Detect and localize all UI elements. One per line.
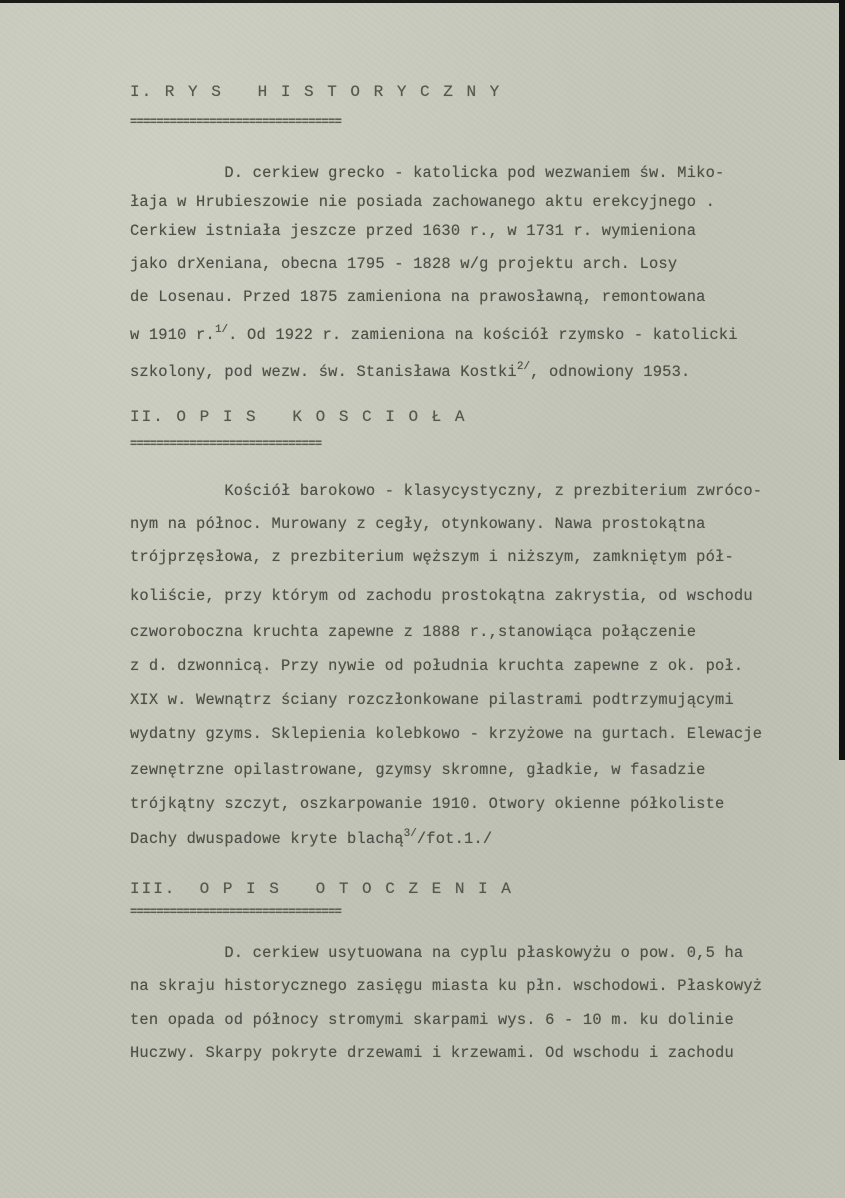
section-3-heading: III. O P I S O T O C Z E N I A — [130, 880, 513, 898]
section-2-line-2: nym na północ. Murowany z cegły, otynkow… — [130, 515, 706, 533]
section-1-line-4: jako drXeniana, obecna 1795 - 1828 w/g p… — [130, 255, 677, 273]
section-1-heading: I. R Y S H I S T O R Y C Z N Y — [130, 83, 501, 101]
footnote-ref-2: 2/ — [517, 361, 530, 373]
section-3-line-3: ten opada od północy stromymi skarpami w… — [130, 1011, 734, 1029]
section-1-line-7: szkolony, pod wezw. św. Stanisława Kostk… — [130, 361, 691, 381]
section-2-line-5: czworoboczna kruchta zapewne z 1888 r.,s… — [130, 623, 696, 641]
line-text: w 1910 r. — [130, 326, 215, 344]
section-2-line-10: trójkątny szczyt, oszkarpowanie 1910. Ot… — [130, 795, 724, 813]
section-3-line-4: Huczwy. Skarpy pokryte drzewami i krzewa… — [130, 1044, 734, 1062]
section-1-line-5: de Losenau. Przed 1875 zamieniona na pra… — [130, 288, 706, 306]
line-text: . Od 1922 r. zamieniona na kościół rzyms… — [228, 326, 738, 344]
footnote-ref-3: 3/ — [404, 828, 417, 840]
section-1-line-3: Cerkiew istniała jeszcze przed 1630 r., … — [130, 222, 696, 240]
section-1-line-1: D. cerkiew grecko - katolicka pod wezwan… — [130, 164, 724, 182]
section-2-line-6: z d. dzwonnicą. Przy nywie od południa k… — [130, 657, 743, 675]
scan-edge-top — [0, 0, 845, 3]
footnote-ref-1: 1/ — [215, 324, 228, 336]
section-2-line-7: XIX w. Wewnątrz ściany rozczłonkowane pi… — [130, 691, 734, 709]
section-2-line-11: Dachy dwuspadowe kryte blachą3//fot.1./ — [130, 828, 492, 848]
section-2-line-8: wydatny gzyms. Sklepienia kolebkowo - kr… — [130, 725, 762, 743]
section-2-line-1: Kościół barokowo - klasycystyczny, z pre… — [130, 482, 762, 500]
line-text: szkolony, pod wezw. św. Stanisława Kostk… — [130, 363, 517, 381]
scan-edge-right — [839, 0, 845, 760]
section-3-line-1: D. cerkiew usytuowana na cyplu płaskowyż… — [130, 944, 743, 962]
section-2-underline: ============================= — [130, 437, 321, 451]
section-2-line-4: koliście, przy którym od zachodu prostok… — [130, 587, 753, 605]
section-3-underline: ================================ — [130, 905, 341, 919]
line-text: /fot.1./ — [417, 830, 493, 848]
paper-edge-right — [839, 760, 845, 1198]
section-1-line-2: łaja w Hrubieszowie nie posiada zachowan… — [130, 193, 715, 211]
typewritten-page: I. R Y S H I S T O R Y C Z N Y =========… — [0, 3, 839, 1198]
line-text: Dachy dwuspadowe kryte blachą — [130, 830, 404, 848]
section-3-line-2: na skraju historycznego zasięgu miasta k… — [130, 977, 762, 995]
section-1-line-6: w 1910 r.1/. Od 1922 r. zamieniona na ko… — [130, 324, 738, 344]
section-2-line-9: zewnętrzne opilastrowane, gzymsy skromne… — [130, 761, 706, 779]
section-2-heading: II. O P I S K O S C I O Ł A — [130, 408, 466, 426]
section-2-line-3: trójprzęsłowa, z prezbiterium węższym i … — [130, 548, 734, 566]
section-1-underline: ================================ — [130, 115, 341, 129]
line-text: , odnowiony 1953. — [530, 363, 690, 381]
